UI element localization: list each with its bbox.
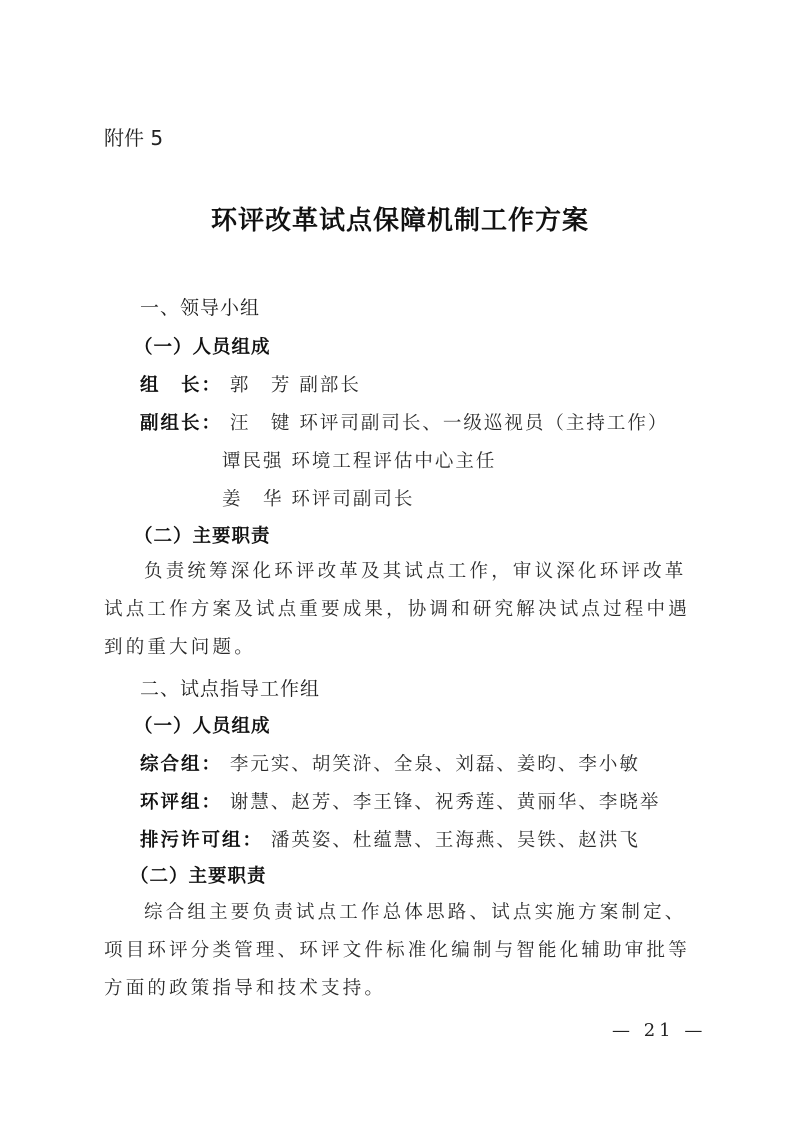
responsibilities-paragraph: 综合组主要负责试点工作总体思路、试点实施方案制定、项目环评分类管理、环评文件标准… <box>104 894 704 1008</box>
member-row-deputy-leader-2: 谭民强 环境工程评估中心主任 <box>222 447 496 473</box>
member-row-deputy-leader: 副组长： 汪 键 环评司副司长、一级巡视员（主持工作） <box>140 409 668 435</box>
member-row-leader: 组 长： 郭 芳 副部长 <box>140 371 361 397</box>
group-row-eia: 环评组： 谢慧、赵芳、李王锋、祝秀莲、黄丽华、李晓举 <box>140 788 660 814</box>
group-label: 综合组： <box>140 754 222 775</box>
member-position: 环评司副司长、一级巡视员（主持工作） <box>299 413 668 434</box>
section-heading-pilot-guidance-group: 二、试点指导工作组 <box>140 674 320 701</box>
member-position: 副部长 <box>299 375 361 396</box>
section-heading-leadership-group: 一、领导小组 <box>140 293 260 320</box>
subsection-heading-personnel: （一）人员组成 <box>134 333 271 359</box>
subsection-heading-personnel: （一）人员组成 <box>134 712 271 738</box>
group-row-discharge-permit: 排污许可组： 潘英姿、杜蕴慧、王海燕、吴铁、赵洪飞 <box>140 826 640 852</box>
member-position: 环境工程评估中心主任 <box>291 451 496 472</box>
subsection-heading-responsibilities: （二）主要职责 <box>134 522 271 548</box>
member-role: 副组长： <box>140 413 222 434</box>
member-name: 谭民强 <box>222 451 284 472</box>
group-members: 潘英姿、杜蕴慧、王海燕、吴铁、赵洪飞 <box>271 830 640 851</box>
member-role: 组 长： <box>140 375 222 396</box>
member-row-deputy-leader-3: 姜 华 环评司副司长 <box>222 485 414 511</box>
page-number: — 21 — <box>612 1020 706 1041</box>
document-title: 环评改革试点保障机制工作方案 <box>0 200 800 237</box>
responsibilities-paragraph: 负责统筹深化环评改革及其试点工作，审议深化环评改革试点工作方案及试点重要成果，协… <box>104 553 704 667</box>
group-label: 环评组： <box>140 792 222 813</box>
member-name: 汪 键 <box>230 413 292 434</box>
group-members: 李元实、胡笑浒、全泉、刘磊、姜昀、李小敏 <box>230 754 640 775</box>
subsection-heading-responsibilities: （二）主要职责 <box>130 862 267 888</box>
group-row-comprehensive: 综合组： 李元实、胡笑浒、全泉、刘磊、姜昀、李小敏 <box>140 750 640 776</box>
group-members: 谢慧、赵芳、李王锋、祝秀莲、黄丽华、李晓举 <box>230 792 661 813</box>
member-position: 环评司副司长 <box>291 489 414 510</box>
member-name: 郭 芳 <box>230 375 292 396</box>
group-label: 排污许可组： <box>140 830 263 851</box>
member-name: 姜 华 <box>222 489 284 510</box>
attachment-label: 附件 5 <box>104 122 163 151</box>
